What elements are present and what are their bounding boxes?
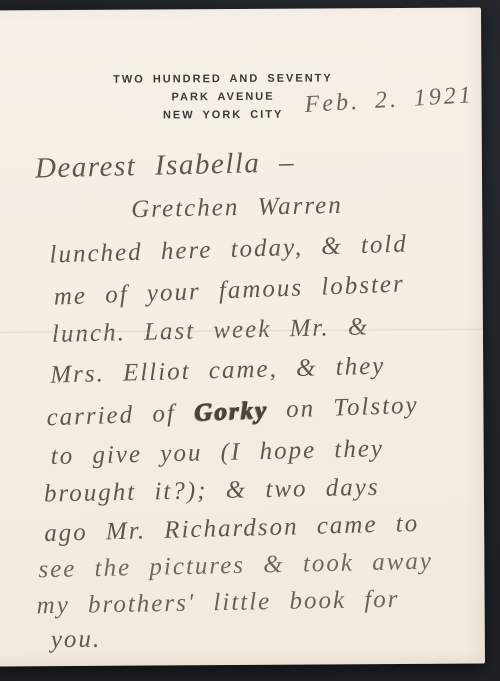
letter-page: TWO HUNDRED AND SEVENTY PARK AVENUE NEW … xyxy=(0,7,485,666)
body-line-with-correction: carried of Gorky on Tolstoy xyxy=(46,393,419,431)
body-line: my brothers' little book for xyxy=(36,587,399,619)
body-line: Mrs. Elliot came, & they xyxy=(50,354,386,388)
overwritten-word-gorky: Gorky xyxy=(194,397,269,426)
body-line: brought it?); & two days xyxy=(44,475,380,507)
body-line: see the pictures & took away xyxy=(38,549,433,583)
body-text: on Tolstoy xyxy=(267,392,419,424)
photo-background: TWO HUNDRED AND SEVENTY PARK AVENUE NEW … xyxy=(0,0,500,681)
body-line: to give you (I hope they xyxy=(50,436,384,469)
body-line: Gretchen Warren xyxy=(131,193,343,222)
body-line: me of your famous lobster xyxy=(53,271,405,309)
salutation-line: Dearest Isabella – xyxy=(35,148,296,183)
body-text: carried of xyxy=(46,399,194,431)
body-line: ago Mr. Richardson came to xyxy=(44,511,420,546)
body-line: you. xyxy=(51,627,102,653)
body-line: lunched here today, & told xyxy=(49,232,408,268)
